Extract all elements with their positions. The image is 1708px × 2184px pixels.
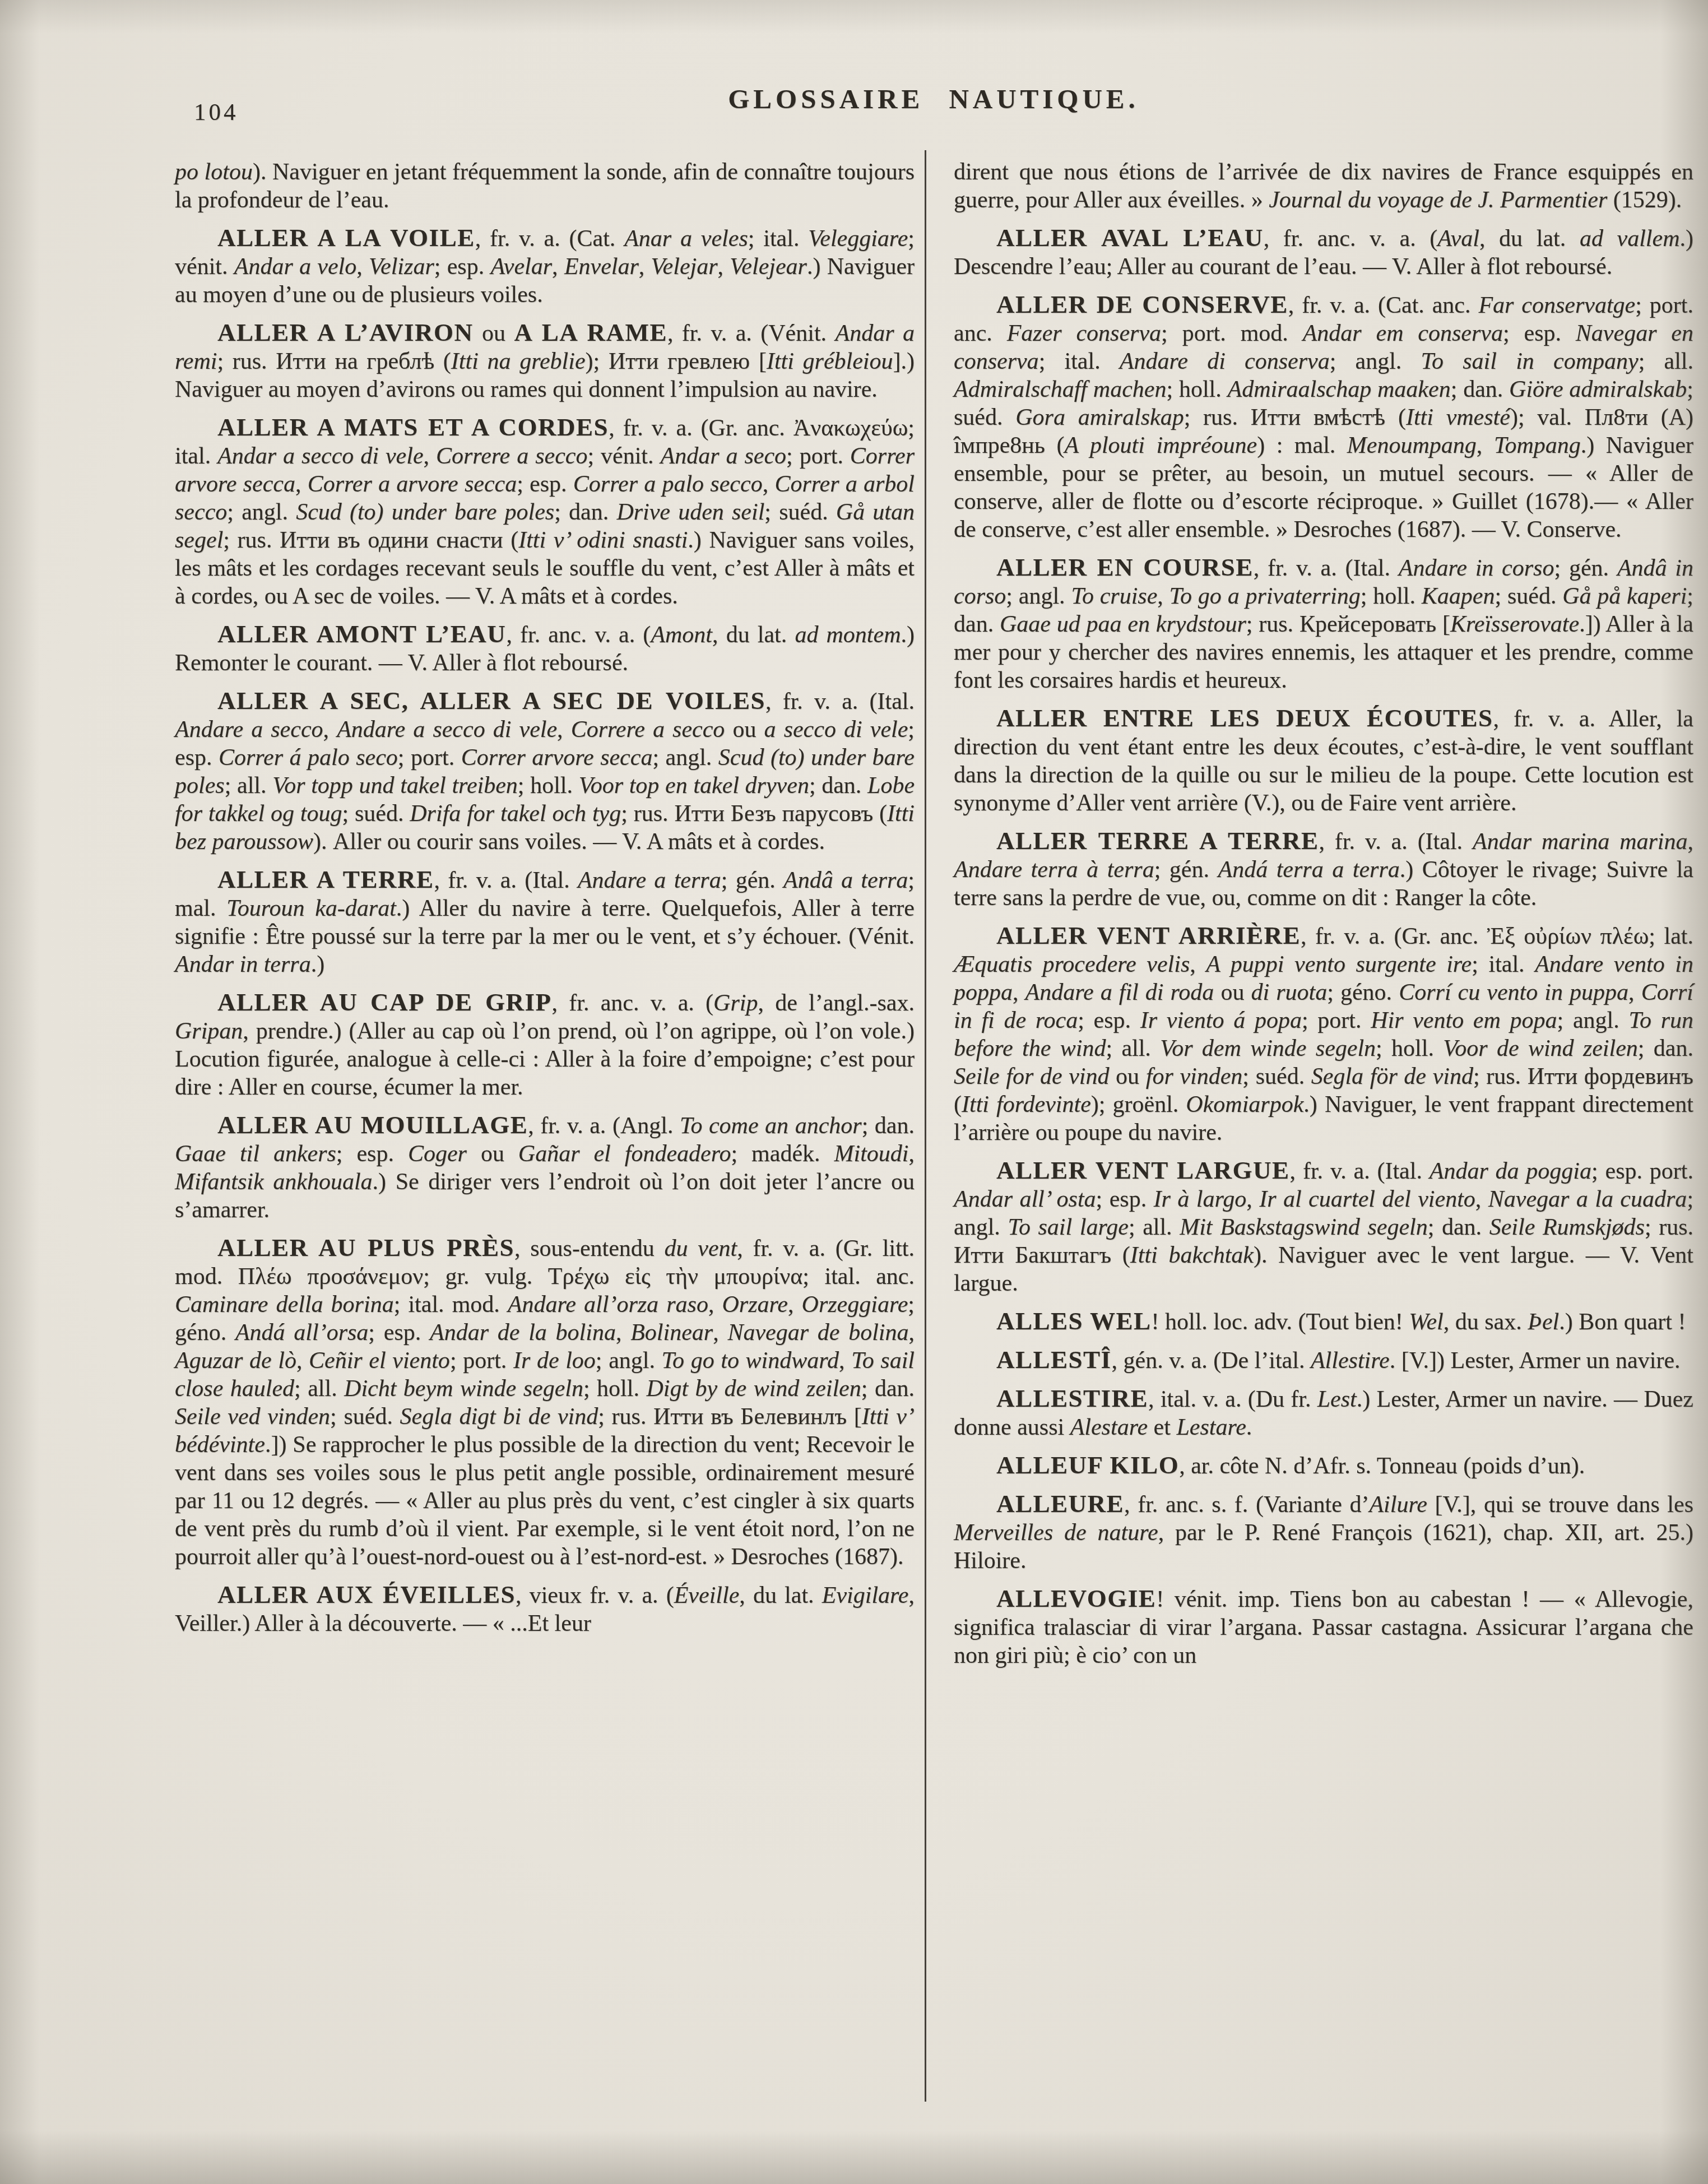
foreign-term: Okomiarpok bbox=[1186, 1092, 1303, 1117]
foreign-term: Segla digt bi de vind bbox=[400, 1404, 598, 1430]
foreign-term: To come an anchor bbox=[680, 1113, 862, 1139]
foreign-term: ad vallem bbox=[1580, 226, 1680, 252]
foreign-term: Velejear bbox=[730, 254, 807, 280]
entry-headword: ALLER AU CAP DE GRIP bbox=[217, 988, 552, 1016]
foreign-term: Ailure bbox=[1369, 1492, 1427, 1518]
foreign-term: ad montem bbox=[795, 622, 901, 648]
dictionary-entry-paragraph: ALLESTIRE, ital. v. a. (Du fr. Lest.) Le… bbox=[954, 1384, 1693, 1441]
entry-headword: ALLEUF KILO bbox=[996, 1451, 1179, 1479]
foreign-term: Æquatis procedere velis bbox=[954, 952, 1190, 977]
foreign-term: Andare terra à terra bbox=[954, 857, 1154, 883]
foreign-term: Bolinear bbox=[630, 1320, 713, 1346]
foreign-term: Far conservatge bbox=[1478, 293, 1635, 318]
foreign-term: Andar in terra bbox=[175, 952, 311, 977]
foreign-term: Mitoudi bbox=[834, 1141, 909, 1167]
foreign-term: Tompang bbox=[1494, 433, 1581, 458]
entry-headword: ALLER AU PLUS PRÈS bbox=[217, 1234, 514, 1262]
foreign-term: Andar da poggia bbox=[1429, 1158, 1591, 1184]
foreign-term: po lotou bbox=[175, 159, 253, 185]
dictionary-entry-paragraph: ALLER AMONT L’EAU, fr. anc. v. a. (Amont… bbox=[175, 620, 915, 677]
entry-headword: ALLER TERRE A TERRE bbox=[996, 827, 1319, 855]
foreign-term: Correre a secco bbox=[436, 443, 587, 469]
foreign-term: Navegar de bolina bbox=[727, 1320, 908, 1346]
foreign-term: Seile for de vind bbox=[954, 1064, 1109, 1089]
foreign-term: Dicht beym winde segeln bbox=[344, 1376, 583, 1402]
foreign-term: Journal du voyage de J. Parmentier bbox=[1269, 187, 1607, 213]
foreign-term: Itti v’ odini snasti bbox=[518, 527, 688, 553]
foreign-term: Kreïsserovate bbox=[1450, 611, 1579, 637]
entry-headword: ALLER A LA VOILE bbox=[217, 224, 475, 252]
foreign-term: Orzare bbox=[722, 1292, 788, 1318]
foreign-term: Andare a fil di roda bbox=[1025, 980, 1214, 1005]
entry-headword: ALLESTIRE bbox=[996, 1384, 1148, 1412]
left-column: po lotou). Naviguer en jetant fréquemmen… bbox=[175, 158, 915, 1647]
foreign-term: Gripan bbox=[175, 1018, 243, 1044]
foreign-term: Andar a secco di vele bbox=[217, 443, 423, 469]
foreign-term: Drive uden seil bbox=[616, 499, 764, 525]
foreign-term: Velejar bbox=[651, 254, 718, 280]
foreign-term: Merveilles de nature bbox=[954, 1520, 1158, 1546]
foreign-term: Allestire bbox=[1311, 1348, 1390, 1374]
foreign-term: Andar a seco bbox=[661, 443, 787, 469]
foreign-term: Gaae ud paa en krydstour bbox=[1000, 611, 1246, 637]
foreign-term: Drifa for takel och tyg bbox=[410, 801, 621, 827]
foreign-term: To sail in company bbox=[1421, 349, 1639, 374]
entry-headword: ALLER A MATS ET A CORDES bbox=[217, 413, 609, 441]
foreign-term: Aguzar de lò bbox=[175, 1348, 296, 1374]
foreign-term: di ruota bbox=[1251, 980, 1327, 1005]
dictionary-entry-paragraph: ALLER AU CAP DE GRIP, fr. anc. v. a. (Gr… bbox=[175, 988, 915, 1101]
foreign-term: Digt by de wind zeilen bbox=[646, 1376, 861, 1402]
foreign-term: Vor topp und takel treiben bbox=[272, 773, 518, 799]
foreign-term: Andare all’orza raso bbox=[508, 1292, 708, 1318]
foreign-term: Mit Baskstagswind segeln bbox=[1180, 1214, 1428, 1240]
foreign-term: Lest bbox=[1317, 1387, 1357, 1412]
foreign-term: Ceñir el viento bbox=[309, 1348, 450, 1374]
foreign-term: Andar all’ osta bbox=[954, 1186, 1096, 1212]
foreign-term: a secco di vele bbox=[764, 717, 908, 743]
entry-headword: A LA RAME bbox=[514, 318, 667, 346]
entry-headword: ALLER ENTRE LES DEUX ÉCOUTES bbox=[996, 704, 1493, 732]
foreign-term: Caminare della borina bbox=[175, 1292, 394, 1318]
entry-headword: ALLESTÎ bbox=[996, 1346, 1112, 1374]
foreign-term: Correr a palo secco bbox=[573, 471, 763, 497]
foreign-term: Andá terra a terra bbox=[1218, 857, 1400, 883]
foreign-term: Þel bbox=[1528, 1309, 1559, 1335]
foreign-term: Éveille bbox=[674, 1583, 740, 1608]
foreign-term: A puppi vento surgente ire bbox=[1206, 952, 1472, 977]
foreign-term: To sail large bbox=[1008, 1214, 1128, 1240]
foreign-term: Aval bbox=[1437, 226, 1479, 252]
foreign-term: Seile ved vinden bbox=[175, 1404, 330, 1430]
dictionary-entry-paragraph: ALLER AU MOUILLAGE, fr. v. a. (Angl. To … bbox=[175, 1111, 915, 1224]
foreign-term: Anar a veles bbox=[624, 226, 748, 252]
foreign-term: for vinden bbox=[1146, 1064, 1243, 1089]
dictionary-entry-paragraph: ALLER AVAL L’EAU, fr. anc. v. a. (Aval, … bbox=[954, 224, 1693, 281]
foreign-term: Vor dem winde segeln bbox=[1160, 1036, 1376, 1061]
foreign-term: Andar em conserva bbox=[1303, 321, 1503, 346]
entry-headword: ALLEURE bbox=[996, 1490, 1124, 1518]
dictionary-entry-paragraph: ALLER TERRE A TERRE, fr. v. a. (Ital. An… bbox=[954, 827, 1693, 912]
dictionary-entry-paragraph: ALLER DE CONSERVE, fr. v. a. (Cat. anc. … bbox=[954, 290, 1693, 544]
foreign-term: du vent bbox=[665, 1236, 737, 1262]
foreign-term: Andâ a terra bbox=[783, 868, 908, 893]
foreign-term: Correr a arvore secca bbox=[308, 471, 517, 497]
dictionary-entry-paragraph: ALLER ENTRE LES DEUX ÉCOUTES, fr. v. a. … bbox=[954, 704, 1693, 817]
foreign-term: Itti bakchtak bbox=[1130, 1242, 1254, 1268]
foreign-term: Segla för de vind bbox=[1311, 1064, 1473, 1089]
foreign-term: Gaae til ankers bbox=[175, 1141, 336, 1167]
dictionary-entry-paragraph: ALLER VENT ARRIÈRE, fr. v. a. (Gr. anc. … bbox=[954, 921, 1693, 1147]
dictionary-entry-paragraph: ALLER A LA VOILE, fr. v. a. (Cat. Anar a… bbox=[175, 224, 915, 309]
foreign-term: Voor de wind zeilen bbox=[1443, 1036, 1638, 1061]
entry-headword: ALLER A SEC, ALLER A SEC DE VOILES bbox=[217, 687, 765, 715]
foreign-term: To go a privaterring bbox=[1169, 583, 1361, 609]
foreign-term: Voor top en takel dryven bbox=[579, 773, 809, 799]
foreign-term: Navegar a la cuadra bbox=[1488, 1186, 1687, 1212]
foreign-term: Correr á palo seco bbox=[219, 745, 398, 771]
foreign-term: Andare a secco di vele bbox=[337, 717, 557, 743]
foreign-term: Itti fordevinte bbox=[962, 1092, 1091, 1117]
foreign-term: Gora amiralskap bbox=[1015, 405, 1183, 430]
foreign-term: Corrí cu vento in puppa bbox=[1399, 980, 1628, 1005]
entry-headword: ALLER AVAL L’EAU bbox=[996, 224, 1264, 252]
foreign-term: Admiraalschap maaken bbox=[1228, 377, 1451, 402]
foreign-term: Correre a secco bbox=[571, 717, 725, 743]
foreign-term: Veleggiare bbox=[808, 226, 908, 252]
foreign-term: Andare di conserva bbox=[1120, 349, 1330, 374]
foreign-term: Giöre admiralskab bbox=[1509, 377, 1687, 402]
foreign-term: Ir al cuartel del viento bbox=[1259, 1186, 1475, 1212]
foreign-term: A plouti impréoune bbox=[1065, 433, 1257, 458]
entry-headword: ALLEVOGIE bbox=[996, 1584, 1156, 1612]
column-divider-rule bbox=[925, 150, 926, 2102]
entry-headword: ALLER AU MOUILLAGE bbox=[217, 1111, 528, 1139]
foreign-term: Andar de la bolina bbox=[430, 1320, 616, 1346]
foreign-term: Andar marina marina bbox=[1473, 829, 1688, 855]
dictionary-entry-paragraph: ALLER A SEC, ALLER A SEC DE VOILES, fr. … bbox=[175, 687, 915, 856]
dictionary-entry-paragraph: ALLER EN COURSE, fr. v. a. (Ital. Andare… bbox=[954, 553, 1693, 694]
foreign-term: Wel bbox=[1409, 1309, 1443, 1335]
foreign-term: Menoumpang bbox=[1347, 433, 1477, 458]
foreign-term: Itti na greblie bbox=[451, 349, 586, 374]
foreign-term: Fazer conserva bbox=[1007, 321, 1161, 346]
foreign-term: Andá all’orsa bbox=[235, 1320, 368, 1346]
foreign-term: Hir vento em popa bbox=[1371, 1008, 1557, 1033]
foreign-term: Lestare bbox=[1176, 1415, 1246, 1440]
dictionary-entry-paragraph: ALLEURE, fr. anc. s. f. (Variante d’Ailu… bbox=[954, 1490, 1693, 1575]
entry-headword: ALLER AMONT L’EAU bbox=[217, 620, 506, 648]
foreign-term: Coger bbox=[408, 1141, 467, 1167]
dictionary-entry-paragraph: ALLEVOGIE! vénit. imp. Tiens bon au cabe… bbox=[954, 1584, 1693, 1670]
foreign-term: Velizar bbox=[369, 254, 434, 280]
dictionary-entry-paragraph: dirent que nous étions de l’arrivée de d… bbox=[954, 158, 1693, 214]
dictionary-entry-paragraph: ALLER VENT LARGUE, fr. v. a. (Ital. Anda… bbox=[954, 1156, 1693, 1297]
dictionary-entry-paragraph: ALLER AU PLUS PRÈS, sous-entendu du vent… bbox=[175, 1234, 915, 1571]
foreign-term: Gañar el fondeadero bbox=[518, 1141, 731, 1167]
entry-headword: ALLER VENT LARGUE bbox=[996, 1156, 1290, 1184]
foreign-term: Gå på kaperi bbox=[1562, 583, 1687, 609]
foreign-term: Kaapen bbox=[1422, 583, 1495, 609]
entry-headword: ALLER AUX ÉVEILLES bbox=[217, 1580, 516, 1608]
entry-headword: ALLER A TERRE bbox=[217, 865, 434, 893]
dictionary-entry-paragraph: ALLER A L’AVIRON ou A LA RAME, fr. v. a.… bbox=[175, 318, 915, 404]
foreign-term: Evigilare bbox=[822, 1583, 909, 1608]
foreign-term: Mifantsik ankhouala bbox=[175, 1169, 373, 1195]
dictionary-entry-paragraph: ALLES WEL! holl. loc. adv. (Tout bien! W… bbox=[954, 1307, 1693, 1336]
entry-headword: ALLER DE CONSERVE bbox=[996, 290, 1288, 318]
dictionary-entry-paragraph: ALLER A MATS ET A CORDES, fr. v. a. (Gr.… bbox=[175, 413, 915, 610]
foreign-term: Andar a velo bbox=[234, 254, 357, 280]
foreign-term: Ir à largo bbox=[1154, 1186, 1247, 1212]
foreign-term: Ir de loo bbox=[513, 1348, 596, 1374]
dictionary-entry-paragraph: ALLER A TERRE, fr. v. a. (Ital. Andare a… bbox=[175, 865, 915, 979]
entry-headword: ALLER EN COURSE bbox=[996, 553, 1254, 581]
dictionary-entry-paragraph: ALLER AUX ÉVEILLES, vieux fr. v. a. (Éve… bbox=[175, 1580, 915, 1638]
foreign-term: Alestare bbox=[1070, 1415, 1148, 1440]
right-column: dirent que nous étions de l’arrivée de d… bbox=[954, 158, 1693, 1679]
foreign-term: Itti vmesté bbox=[1406, 405, 1510, 430]
foreign-term: Scud (to) under bare poles bbox=[296, 499, 554, 525]
foreign-term: Andare a secco bbox=[175, 717, 323, 743]
dictionary-entry-paragraph: ALLESTÎ, gén. v. a. (De l’ital. Allestir… bbox=[954, 1346, 1693, 1375]
foreign-term: Orzeggiare bbox=[802, 1292, 908, 1318]
foreign-term: Amont bbox=[651, 622, 712, 648]
foreign-term: To cruise bbox=[1071, 583, 1157, 609]
entry-headword: ALLER A L’AVIRON bbox=[217, 318, 474, 346]
foreign-term: Andare a terra bbox=[578, 868, 721, 893]
entry-headword: ALLES WEL bbox=[996, 1307, 1152, 1335]
foreign-term: Grip bbox=[713, 990, 758, 1016]
foreign-term: Touroun ka-darat bbox=[226, 896, 396, 921]
foreign-term: Envelar bbox=[564, 254, 639, 280]
foreign-term: Itti grébleiou bbox=[767, 349, 893, 374]
dictionary-entry-paragraph: ALLEUF KILO, ar. côte N. d’Afr. s. Tonne… bbox=[954, 1451, 1693, 1480]
dictionary-entry-paragraph: po lotou). Naviguer en jetant fréquemmen… bbox=[175, 158, 915, 214]
foreign-term: Seile Rumskjøds bbox=[1489, 1214, 1645, 1240]
scanned-book-page: 104 GLOSSAIRE NAUTIQUE. po lotou). Navig… bbox=[0, 0, 1708, 2184]
foreign-term: Correr arvore secca bbox=[461, 745, 653, 771]
foreign-term: Avelar bbox=[490, 254, 552, 280]
foreign-term: To go to windward bbox=[662, 1348, 839, 1374]
running-title: GLOSSAIRE NAUTIQUE. bbox=[174, 83, 1693, 115]
foreign-term: Andare in corso bbox=[1399, 555, 1554, 581]
entry-headword: ALLER VENT ARRIÈRE bbox=[996, 921, 1301, 949]
foreign-term: Ir viento á popa bbox=[1140, 1008, 1302, 1033]
foreign-term: Admiralschaff machen bbox=[954, 377, 1166, 402]
